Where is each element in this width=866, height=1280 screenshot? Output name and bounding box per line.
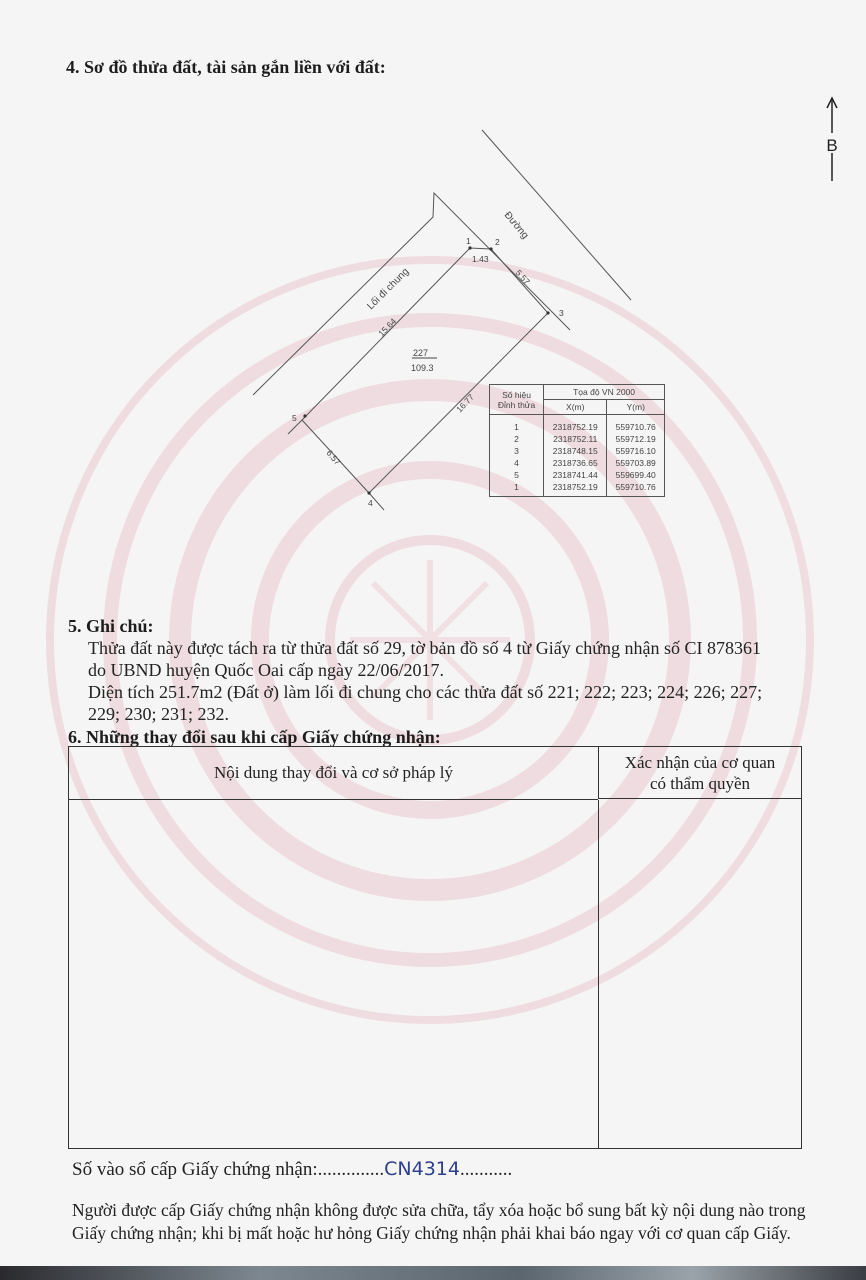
coordinate-x: 2318752.19 [544, 481, 607, 497]
changes-content-cell [69, 800, 598, 1148]
parcel-area: 109.3 [411, 363, 434, 373]
vertex-label-4: 4 [368, 498, 373, 508]
vertex-label-3: 3 [559, 308, 564, 318]
parcel-diagram: 1 2 3 4 5 1.43 5.57 16.77 6.57 15.64 227… [0, 0, 866, 620]
edge-length-4-5: 6.57 [324, 448, 342, 467]
header-coordinate-system: Tọa độ VN 2000 [544, 385, 665, 400]
coordinate-vertex: 3 [490, 445, 544, 457]
coordinate-row: 32318748.15559716.10 [490, 445, 665, 457]
coordinate-vertex: 1 [490, 481, 544, 497]
registry-number-value: CN4314 [384, 1158, 460, 1180]
coordinate-x: 2318741.44 [544, 469, 607, 481]
coordinate-y: 559710.76 [607, 481, 665, 497]
coordinate-y: 559716.10 [607, 445, 665, 457]
vertex-label-5: 5 [292, 413, 297, 423]
note-line-4: 229; 230; 231; 232. [88, 703, 229, 725]
edge-length-1-2: 1.43 [472, 254, 489, 264]
footer-note-line-2: Giấy chứng nhận; khi bị mất hoặc hư hỏng… [72, 1222, 791, 1244]
vertex-label-1: 1 [466, 236, 471, 246]
note-line-3: Diện tích 251.7m2 (Đất ở) làm lối đi chu… [88, 681, 762, 703]
coordinate-row: 22318752.11559712.19 [490, 433, 665, 445]
coordinate-row: 52318741.44559699.40 [490, 469, 665, 481]
edge-length-3-4: 16.77 [454, 392, 476, 415]
note-line-1: Thửa đất này được tách ra từ thửa đất số… [88, 637, 761, 659]
coordinate-y: 559699.40 [607, 469, 665, 481]
parcel-number: 227 [413, 348, 428, 358]
coordinate-x: 2318752.11 [544, 433, 607, 445]
changes-content-header: Nội dung thay đổi và cơ sở pháp lý [69, 747, 598, 800]
footer-note-line-1: Người được cấp Giấy chứng nhận không đượ… [72, 1199, 805, 1221]
section-5-title: 5. Ghi chú: [68, 616, 154, 637]
coordinate-row: 12318752.19559710.76 [490, 481, 665, 497]
authority-confirmation-header: Xác nhận của cơ quancó thẩm quyền [598, 747, 801, 799]
coordinate-x: 2318752.19 [544, 415, 607, 434]
coordinate-y: 559703.89 [607, 457, 665, 469]
cover-edge-strip [0, 1266, 866, 1280]
coordinate-x: 2318736.65 [544, 457, 607, 469]
header-y: Y(m) [607, 400, 665, 415]
coordinate-row: 12318752.19559710.76 [490, 415, 665, 434]
registry-number-line: Số vào sổ cấp Giấy chứng nhận:..........… [72, 1158, 512, 1181]
coordinate-table: Số hiệu Đỉnh thửa Tọa độ VN 2000 X(m) Y(… [489, 384, 665, 497]
edge-length-2-3: 5.57 [514, 268, 533, 287]
north-label: B [826, 136, 837, 155]
road-label: Đường [502, 210, 531, 241]
coordinate-vertex: 4 [490, 457, 544, 469]
coordinate-y: 559712.19 [607, 433, 665, 445]
header-x: X(m) [544, 400, 607, 415]
header-vertex: Số hiệu Đỉnh thửa [490, 385, 544, 415]
coordinate-vertex: 1 [490, 415, 544, 434]
changes-table: Nội dung thay đổi và cơ sở pháp lý Xác n… [68, 746, 802, 1149]
common-path-label: Lối đi chung [365, 265, 412, 312]
north-arrow-icon: B [824, 95, 840, 183]
coordinate-vertex: 5 [490, 469, 544, 481]
section-6-title: 6. Những thay đổi sau khi cấp Giấy chứng… [68, 727, 441, 748]
coordinate-vertex: 2 [490, 433, 544, 445]
registry-label: Số vào sổ cấp Giấy chứng nhận: [72, 1159, 318, 1180]
authority-confirmation-cell [598, 800, 801, 1148]
coordinate-x: 2318748.15 [544, 445, 607, 457]
edge-length-5-1: 15.64 [376, 316, 398, 338]
coordinate-y: 559710.76 [607, 415, 665, 434]
vertex-label-2: 2 [495, 237, 500, 247]
certificate-page: 4. Sơ đồ thửa đất, tài sản gắn liền với … [0, 0, 866, 1280]
coordinate-row: 42318736.65559703.89 [490, 457, 665, 469]
note-line-2: do UBND huyện Quốc Oai cấp ngày 22/06/20… [88, 659, 444, 681]
